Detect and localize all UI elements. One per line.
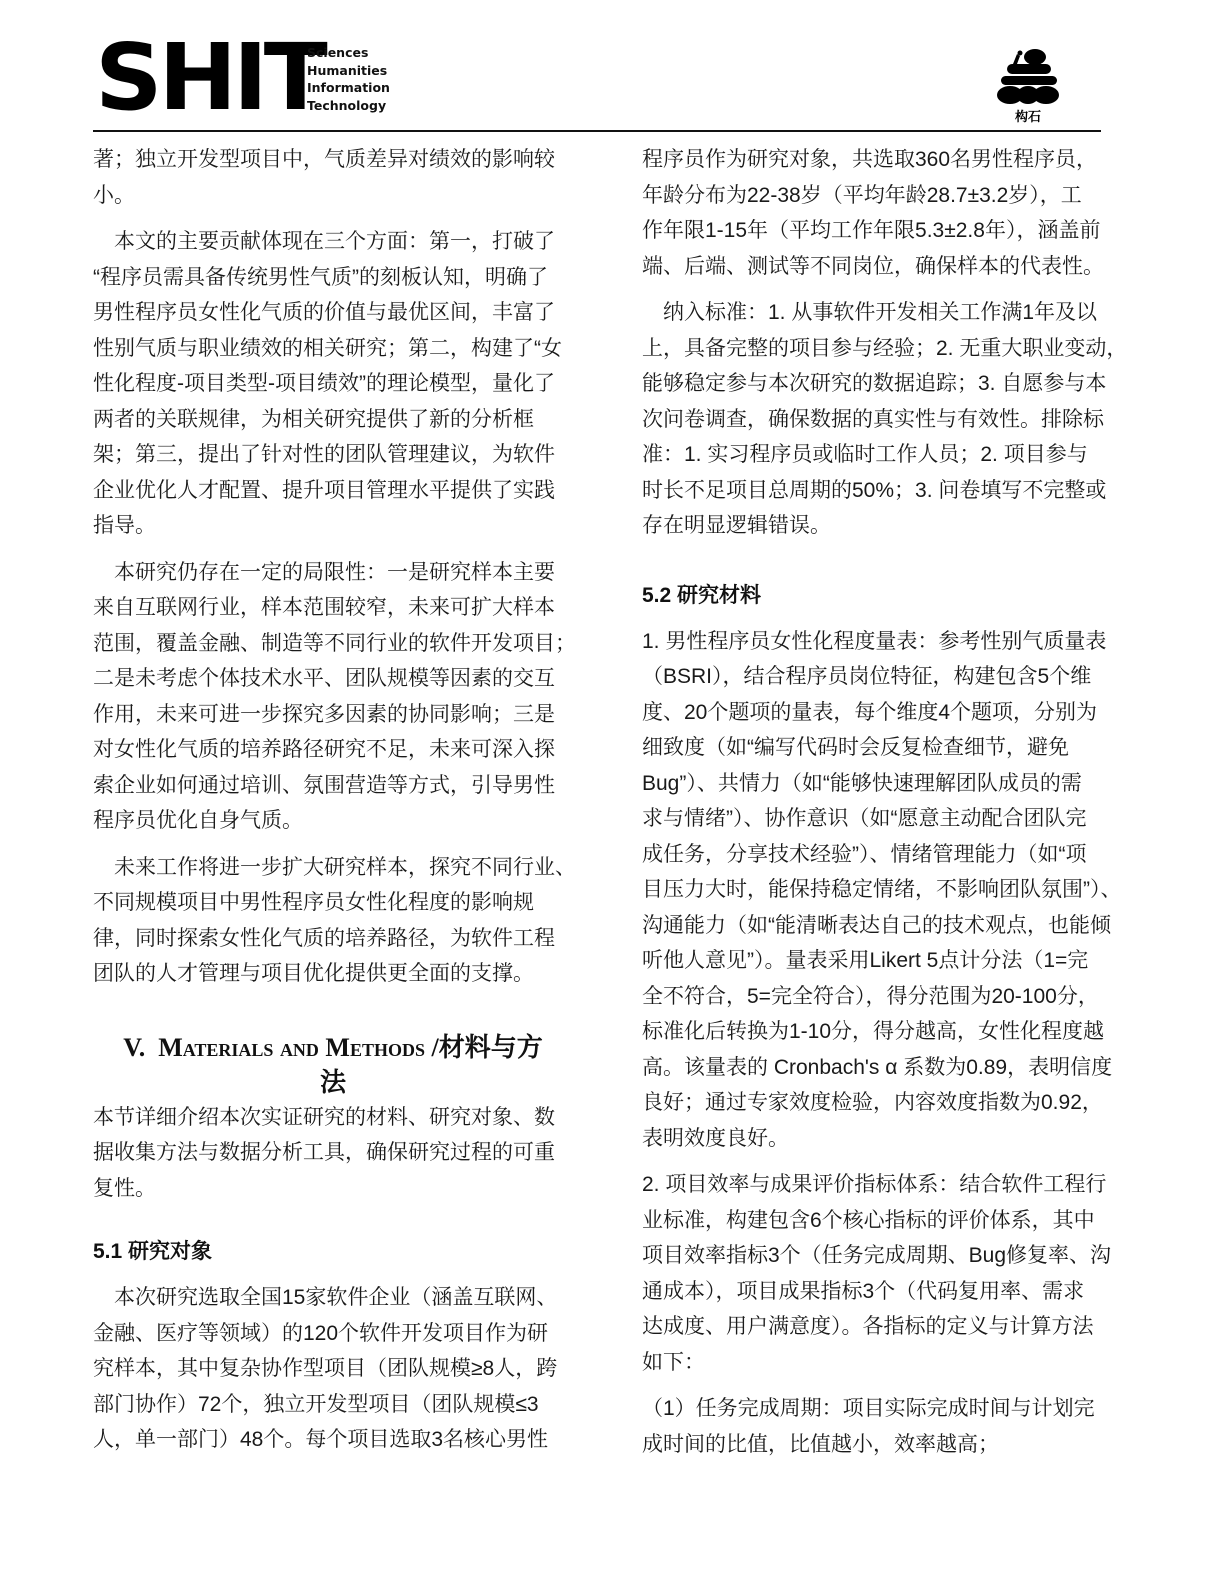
text-line: 准：1. 实习程序员或临时工作人员；2. 项目参与: [642, 437, 1122, 473]
text-line: 良好；通过专家效度检验，内容效度指数为0.92，: [642, 1085, 1122, 1121]
paragraph-limitations: 本研究仍存在一定的局限性：一是研究样本主要 来自互联网行业，样本范围较窄，未来可…: [93, 555, 573, 839]
publisher-badge: 构石: [993, 44, 1063, 124]
logo-word: Sciences: [307, 44, 390, 62]
logo-word: Technology: [307, 97, 390, 115]
text-line: 人，单一部门）48个。每个项目选取3名核心男性: [93, 1422, 573, 1458]
text-line: 度、20个题项的量表，每个维度4个题项，分别为: [642, 695, 1122, 731]
text-line: 团队的人才管理与项目优化提供更全面的支撑。: [93, 956, 573, 992]
text-line: 高。该量表的 Cronbach's α 系数为0.89，表明信度: [642, 1050, 1122, 1086]
paragraph-section-intro: 本节详细介绍本次实证研究的材料、研究对象、数 据收集方法与数据分析工具，确保研究…: [93, 1100, 573, 1207]
paragraph-subjects-cont: 程序员作为研究对象，共选取360名男性程序员， 年龄分布为22-38岁（平均年龄…: [642, 142, 1122, 284]
page-header: SHIT Sciences Humanities Information Tec…: [93, 40, 1101, 132]
text-line: 成任务，分享技术经验”）、情绪管理能力（如“项: [642, 837, 1122, 873]
subsection-heading-5-1: 5.1 研究对象: [93, 1234, 573, 1269]
right-column: 程序员作为研究对象，共选取360名男性程序员， 年龄分布为22-38岁（平均年龄…: [642, 142, 1122, 1462]
text-line: 两者的关联规律，为相关研究提供了新的分析框: [93, 402, 573, 438]
text-line: 表明效度良好。: [642, 1121, 1122, 1157]
section-title-chinese: /材料与方: [432, 1033, 543, 1062]
text-line: Bug”）、共情力（如“能够快速理解团队成员的需: [642, 766, 1122, 802]
text-line: 本次研究选取全国15家软件企业（涵盖互联网、: [93, 1280, 573, 1316]
text-line: 纳入标准：1. 从事软件开发相关工作满1年及以: [642, 295, 1122, 331]
logo-word: Humanities: [307, 62, 390, 80]
text-line: 性化程度-项目类型-项目绩效”的理论模型，量化了: [93, 366, 573, 402]
text-line: 能够稳定参与本次研究的数据追踪；3. 自愿参与本: [642, 366, 1122, 402]
text-line: 男性程序员女性化气质的价值与最优区间，丰富了: [93, 295, 573, 331]
paragraph-task-cycle-definition: （1）任务完成周期：项目实际完成时间与计划完 成时间的比值，比值越小，效率越高；: [642, 1391, 1122, 1462]
text-line: 来自互联网行业，样本范围较窄，未来可扩大样本: [93, 590, 573, 626]
paragraph-finding-tail: 著；独立开发型项目中，气质差异对绩效的影响较 小。: [93, 142, 573, 213]
section-title-english: Materials and Methods: [158, 1033, 425, 1062]
text-line: 端、后端、测试等不同岗位，确保样本的代表性。: [642, 249, 1122, 285]
publisher-badge-label: 构石: [993, 106, 1063, 125]
text-line: 通成本），项目成果指标3个（代码复用率、需求: [642, 1274, 1122, 1310]
text-line: 究样本，其中复杂协作型项目（团队规模≥8人，跨: [93, 1351, 573, 1387]
text-line: 求与情绪”）、协作意识（如“愿意主动配合团队完: [642, 801, 1122, 837]
text-line: 2. 项目效率与成果评价指标体系：结合软件工程行: [642, 1167, 1122, 1203]
text-line: 沟通能力（如“能清晰表达自己的技术观点，也能倾: [642, 908, 1122, 944]
text-line: 项目效率指标3个（任务完成周期、Bug修复率、沟: [642, 1238, 1122, 1274]
subsection-heading-5-2: 5.2 研究材料: [642, 578, 1122, 613]
paragraph-future-work: 未来工作将进一步扩大研究样本，探究不同行业、 不同规模项目中男性程序员女性化程度…: [93, 850, 573, 992]
logo-word: Information: [307, 79, 390, 97]
section-heading: V. Materials and Methods /材料与方 法: [93, 1030, 573, 1100]
stone-pile-climber-icon: [993, 44, 1063, 106]
text-line: 存在明显逻辑错误。: [642, 508, 1122, 544]
text-line: 达成度、用户满意度）。各指标的定义与计算方法: [642, 1309, 1122, 1345]
text-line: 未来工作将进一步扩大研究样本，探究不同行业、: [93, 850, 573, 886]
paragraph-contributions: 本文的主要贡献体现在三个方面：第一，打破了 “程序员需具备传统男性气质”的刻板认…: [93, 224, 573, 544]
text-line: 架；第三，提出了针对性的团队管理建议，为软件: [93, 437, 573, 473]
section-title-chinese-cont: 法: [320, 1068, 346, 1097]
text-line: 业标准，构建包含6个核心指标的评价体系，其中: [642, 1203, 1122, 1239]
text-line: 时长不足项目总周期的50%；3. 问卷填写不完整或: [642, 473, 1122, 509]
paragraph-inclusion-criteria: 纳入标准：1. 从事软件开发相关工作满1年及以 上，具备完整的项目参与经验；2.…: [642, 295, 1122, 544]
text-line: 标准化后转换为1-10分，得分越高，女性化程度越: [642, 1014, 1122, 1050]
text-line: 如下：: [642, 1345, 1122, 1381]
text-line: 本文的主要贡献体现在三个方面：第一，打破了: [93, 224, 573, 260]
header-divider: [93, 130, 1101, 132]
text-line: 次问卷调查，确保数据的真实性与有效性。排除标: [642, 402, 1122, 438]
journal-logo-subtitle: Sciences Humanities Information Technolo…: [307, 44, 390, 114]
text-line: 上，具备完整的项目参与经验；2. 无重大职业变动，: [642, 331, 1122, 367]
text-line: 企业优化人才配置、提升项目管理水平提供了实践: [93, 473, 573, 509]
text-line: 作用，未来可进一步探究多因素的协同影响；三是: [93, 697, 573, 733]
text-line: 部门协作）72个，独立开发型项目（团队规模≤3: [93, 1387, 573, 1423]
text-line: 1. 男性程序员女性化程度量表：参考性别气质量表: [642, 624, 1122, 660]
text-line: （1）任务完成周期：项目实际完成时间与计划完: [642, 1391, 1122, 1427]
text-line: 小。: [93, 178, 573, 214]
text-line: 著；独立开发型项目中，气质差异对绩效的影响较: [93, 142, 573, 178]
section-numeral: V.: [123, 1033, 145, 1062]
text-line: 程序员优化自身气质。: [93, 803, 573, 839]
text-line: 年龄分布为22-38岁（平均年龄28.7±3.2岁），工: [642, 178, 1122, 214]
text-line: 听他人意见”）。量表采用Likert 5点计分法（1=完: [642, 943, 1122, 979]
text-line: 索企业如何通过培训、氛围营造等方式，引导男性: [93, 768, 573, 804]
paragraph-femininity-scale: 1. 男性程序员女性化程度量表：参考性别气质量表 （BSRI），结合程序员岗位特…: [642, 624, 1122, 1157]
text-line: 性别气质与职业绩效的相关研究；第二，构建了“女: [93, 331, 573, 367]
text-line: 细致度（如“编写代码时会反复检查细节，避免: [642, 730, 1122, 766]
text-line: 全不符合，5=完全符合），得分范围为20-100分，: [642, 979, 1122, 1015]
text-line: 复性。: [93, 1171, 573, 1207]
text-line: 不同规模项目中男性程序员女性化程度的影响规: [93, 885, 573, 921]
text-line: 作年限1-15年（平均工作年限5.3±2.8年），涵盖前: [642, 213, 1122, 249]
text-line: 律，同时探索女性化气质的培养路径，为软件工程: [93, 921, 573, 957]
text-line: 对女性化气质的培养路径研究不足，未来可深入探: [93, 732, 573, 768]
left-column: 著；独立开发型项目中，气质差异对绩效的影响较 小。 本文的主要贡献体现在三个方面…: [93, 142, 573, 1458]
text-line: “程序员需具备传统男性气质”的刻板认知，明确了: [93, 260, 573, 296]
text-line: 成时间的比值，比值越小，效率越高；: [642, 1427, 1122, 1463]
paragraph-research-subjects: 本次研究选取全国15家软件企业（涵盖互联网、 金融、医疗等领域）的120个软件开…: [93, 1280, 573, 1458]
text-line: 程序员作为研究对象，共选取360名男性程序员，: [642, 142, 1122, 178]
text-line: 指导。: [93, 508, 573, 544]
text-line: 范围，覆盖金融、制造等不同行业的软件开发项目；: [93, 626, 573, 662]
paragraph-evaluation-indicators: 2. 项目效率与成果评价指标体系：结合软件工程行 业标准，构建包含6个核心指标的…: [642, 1167, 1122, 1380]
text-line: 金融、医疗等领域）的120个软件开发项目作为研: [93, 1316, 573, 1352]
text-line: 据收集方法与数据分析工具，确保研究过程的可重: [93, 1135, 573, 1171]
text-line: （BSRI），结合程序员岗位特征，构建包含5个维: [642, 659, 1122, 695]
text-line: 二是未考虑个体技术水平、团队规模等因素的交互: [93, 661, 573, 697]
text-line: 本节详细介绍本次实证研究的材料、研究对象、数: [93, 1100, 573, 1136]
text-line: 目压力大时，能保持稳定情绪，不影响团队氛围”）、: [642, 872, 1122, 908]
journal-logo: SHIT: [95, 40, 324, 116]
text-line: 本研究仍存在一定的局限性：一是研究样本主要: [93, 555, 573, 591]
